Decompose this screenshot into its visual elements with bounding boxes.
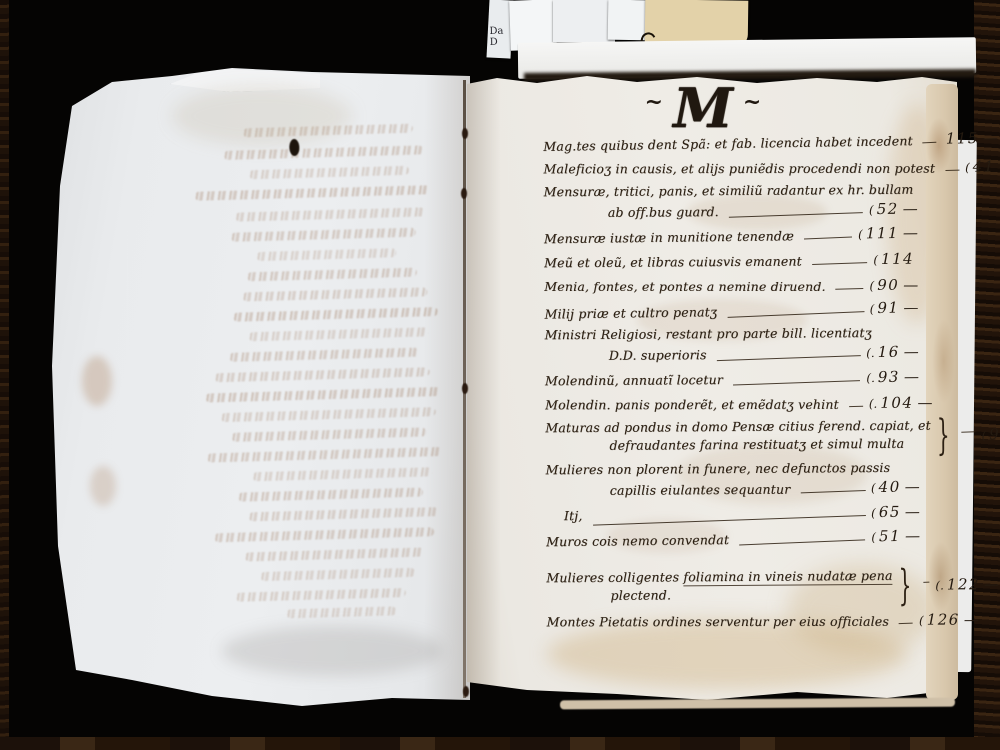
entry-rule (727, 311, 863, 318)
entry-rule (899, 623, 913, 624)
entry-text-line2: plectend. (610, 586, 892, 603)
entry-text: Mag.tes quibus dent Spã: et fab. licenci… (543, 133, 913, 154)
entry-text: Maleficioʒ in causis, et alijs puniẽdis … (543, 161, 935, 177)
entry-text-line2: ab off.bus guard. (608, 204, 719, 220)
entry-text: Molendinũ, annuatĩ locetur (545, 372, 723, 388)
index-entry: Ministri Religiosi, restant pro parte bi… (545, 325, 919, 364)
entry-text-line2: D.D. superioris (609, 347, 707, 363)
index-entry: Molendin. panis ponderẽt, et emẽdatʒ veh… (545, 394, 919, 413)
index-entry: Mensuræ iustæ in munitione tenendæ (111— (544, 224, 918, 247)
entry-text: Muros cois nemo convendat (546, 532, 729, 549)
entry-page-number: (111— (858, 224, 918, 243)
index-entry: Molendinũ, annuatĩ locetur (.93— (545, 368, 919, 389)
entry-rule (729, 212, 863, 218)
entry-page-number: (126— (919, 611, 979, 629)
entry-page-number: (91— (870, 298, 919, 317)
entry-page-number: (40— (871, 478, 920, 496)
entry-page-number: (52— (869, 200, 918, 218)
binding-stitch (462, 383, 468, 394)
entry-page-number: (51— (871, 527, 920, 546)
paper-slip (553, 0, 615, 42)
index-entry: Milij priæ et cultro penatʒ (91— (544, 298, 918, 321)
entry-page-number: (41— (965, 158, 1000, 176)
stained-fore-edge (926, 84, 958, 700)
index-entry: Menia, fontes, et pontes a nemine diruen… (544, 276, 918, 294)
entry-rule (800, 490, 865, 493)
entry-text: Ministri Religiosi, restant pro parte bi… (545, 325, 919, 343)
index-entry: Maturas ad pondus in domo Pensæ citius f… (545, 418, 919, 454)
entry-rule (739, 539, 865, 545)
heading-letter: M (673, 76, 733, 140)
entry-page-number: (.104— (869, 394, 933, 412)
index-entry: Mulieres non plorent in funere, nec defu… (546, 460, 920, 499)
entry-text: Meũ et oleũ, et libras cuiusvis emanent (544, 254, 802, 271)
entry-text: Milij priæ et cultro penatʒ (544, 304, 717, 321)
entry-page-number: (114 (873, 250, 918, 268)
heading-flourish-right: ~ (743, 89, 761, 115)
entry-text: Montes Pietatis ordines serventur per ei… (547, 614, 889, 630)
entry-page-number: (65— (871, 503, 920, 521)
binding-stitch (462, 128, 468, 139)
index-entry: Mensuræ, tritici, panis, et similiũ rada… (544, 182, 918, 221)
entry-page-number: (90— (870, 276, 919, 294)
entry-text: Mulieres non plorent in funere, nec defu… (546, 460, 920, 478)
entry-text: Maturas ad pondus in domo Pensæ citius f… (545, 418, 931, 436)
entry-text: Molendin. panis ponderẽt, et emẽdatʒ veh… (545, 397, 839, 413)
entry-rule (717, 355, 861, 361)
brace-mark: } (937, 409, 950, 459)
entry-rule (812, 262, 867, 265)
left-page (52, 66, 470, 706)
entry-text-line2: capillis eiulantes sequantur (610, 482, 791, 498)
index-entry: Mag.tes quibus dent Spã: et fab. licenci… (543, 130, 917, 154)
entry-rule (836, 288, 864, 290)
entry-text: Itj, (564, 508, 583, 523)
entry-text: Mulieres colligentes foliamina in vineis… (546, 568, 892, 585)
entry-page-number: (.16— (866, 343, 919, 361)
index-entry: Maleficioʒ in causis, et alijs puniẽdis … (543, 158, 917, 177)
index-entries: Mag.tes quibus dent Spã: et fab. licenci… (543, 132, 921, 638)
manuscript-photo: DaD (0, 0, 1000, 750)
entry-rule (804, 237, 852, 240)
wood-table-left-edge (0, 0, 9, 750)
wood-table-right-edge (974, 0, 1000, 750)
entry-rule (849, 406, 863, 407)
binding-stitch (463, 686, 469, 697)
entry-rule (923, 581, 929, 582)
entry-page-number: (93— (982, 424, 1000, 442)
index-entry: Itj, (65— (546, 503, 920, 524)
entry-page-number: (.122— (935, 575, 999, 593)
wood-table-bottom-edge (0, 737, 1000, 750)
bleedthrough-text-block (43, 60, 479, 711)
entry-page-number: 115— (943, 129, 998, 148)
heading-flourish-left: ~ (645, 89, 663, 115)
underlined-text: foliamina in vineis nudatæ pena (683, 568, 892, 586)
entry-rule (733, 380, 860, 385)
letter-heading: ~ M ~ (598, 76, 808, 140)
entry-text: Menia, fontes, et pontes a nemine diruen… (544, 279, 825, 294)
entry-text: Mensuræ iustæ in munitione tenendæ (544, 228, 794, 246)
entry-rule (593, 515, 865, 526)
entry-text-line2: defraudantes farina restituatʒ et simul … (609, 436, 931, 453)
index-entry: Muros cois nemo convendat (51— (546, 527, 920, 550)
slip-annotation: DaD (489, 26, 503, 48)
binding-stitch (461, 188, 467, 199)
entry-text: Mensuræ, tritici, panis, et similiũ rada… (544, 182, 918, 200)
ink-blot (289, 139, 299, 156)
index-entry: Mulieres colligentes foliamina in vineis… (546, 568, 920, 604)
entry-page-number: (.93— (866, 368, 919, 386)
index-entry: Meũ et oleũ, et libras cuiusvis emanent … (544, 250, 918, 271)
bottom-page-edge (560, 698, 955, 710)
brace-mark: } (898, 559, 911, 609)
entry-rule (962, 431, 976, 432)
index-entry: Montes Pietatis ordines serventur per ei… (547, 611, 921, 630)
